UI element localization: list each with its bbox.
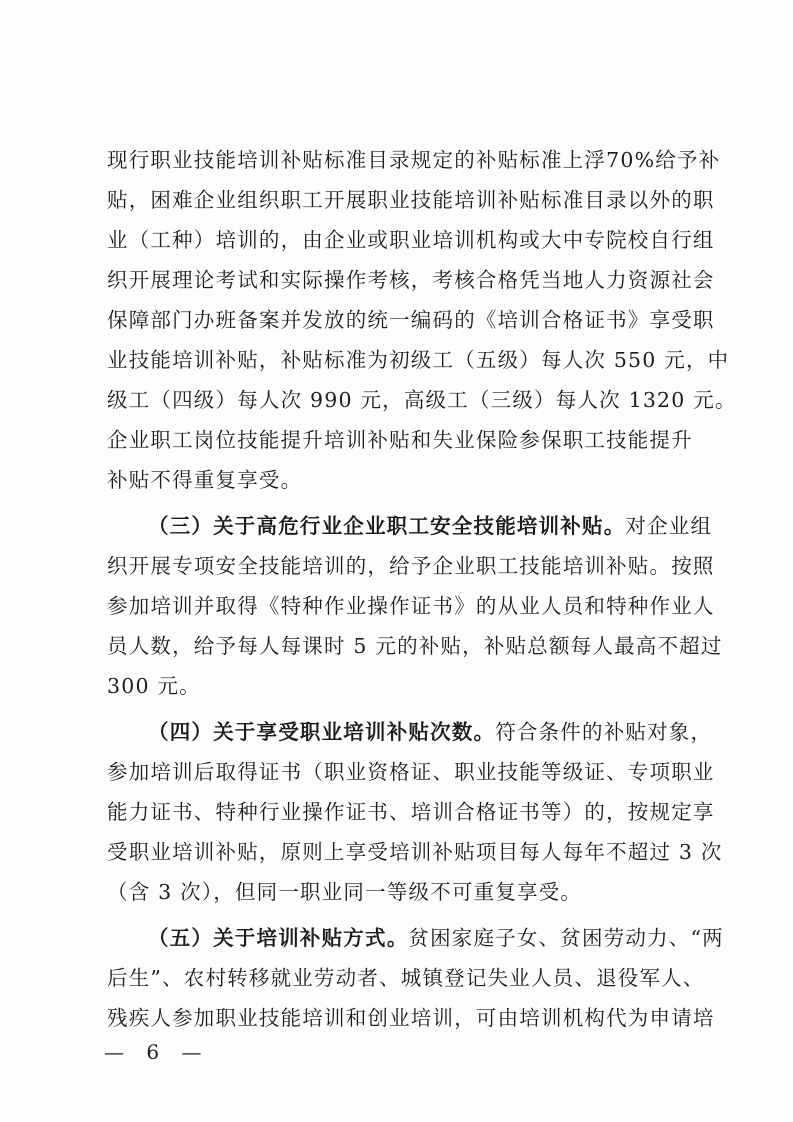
body-line: 参加培训后取得证书（职业资格证、职业技能等级证、专项职业 [107,759,687,785]
body-line: 贴，困难企业组织职工开展职业技能培训补贴标准目录以外的职 [107,187,687,213]
body-line: 织开展专项安全技能培训的，给予企业职工技能培训补贴。按照 [107,553,687,579]
page-number: — 6 — [104,1040,209,1064]
section-3-heading: （三）关于高危行业企业职工安全技能培训补贴。 [148,514,625,538]
body-line: 现行职业技能培训补贴标准目录规定的补贴标准上浮70%给予补 [107,147,687,173]
body-line: （含 3 次），但同一职业同一等级不可重复享受。 [107,879,687,905]
body-line: 保障部门办班备案并发放的统一编码的《培训合格证书》享受职 [107,307,687,333]
body-line: 补贴不得重复享受。 [107,467,687,493]
body-line: 受职业培训补贴，原则上享受培训补贴项目每人每年不超过 3 次 [107,839,687,865]
body-text: 贫困家庭子女、贫困劳动力、“两 [408,926,723,950]
body-text: 对企业组 [625,514,712,538]
body-line: 能力证书、特种行业操作证书、培训合格证书等）的，按规定享 [107,799,687,825]
section-4-heading: （四）关于享受职业培训补贴次数。 [148,720,495,744]
body-line: 业（工种）培训的，由企业或职业培训机构或大中专院校自行组 [107,227,687,253]
section-5-heading: （五）关于培训补贴方式。 [148,926,408,950]
body-text: 符合条件的补贴对象， [495,720,712,744]
body-line: 企业职工岗位技能提升培训补贴和失业保险参保职工技能提升 [107,427,687,453]
body-line: 业技能培训补贴，补贴标准为初级工（五级）每人次 550 元，中 [107,347,687,373]
section-3-first-line: （三）关于高危行业企业职工安全技能培训补贴。对企业组 [148,513,687,539]
document-page: 现行职业技能培训补贴标准目录规定的补贴标准上浮70%给予补 贴，困难企业组织职工… [0,0,793,1122]
body-line: 参加培训并取得《特种作业操作证书》的从业人员和特种作业人 [107,593,687,619]
body-line: 员人数，给予每人每课时 5 元的补贴，补贴总额每人最高不超过 [107,633,687,659]
body-line: 300 元。 [107,673,687,699]
body-line: 残疾人参加职业技能培训和创业培训，可由培训机构代为申请培 [107,1005,687,1031]
body-line: 后生”、农村转移就业劳动者、城镇登记失业人员、退役军人、 [107,965,687,991]
section-5-first-line: （五）关于培训补贴方式。贫困家庭子女、贫困劳动力、“两 [148,925,687,951]
section-4-first-line: （四）关于享受职业培训补贴次数。符合条件的补贴对象， [148,719,687,745]
body-line: 织开展理论考试和实际操作考核，考核合格凭当地人力资源社会 [107,267,687,293]
body-line: 级工（四级）每人次 990 元，高级工（三级）每人次 1320 元。 [107,387,687,413]
